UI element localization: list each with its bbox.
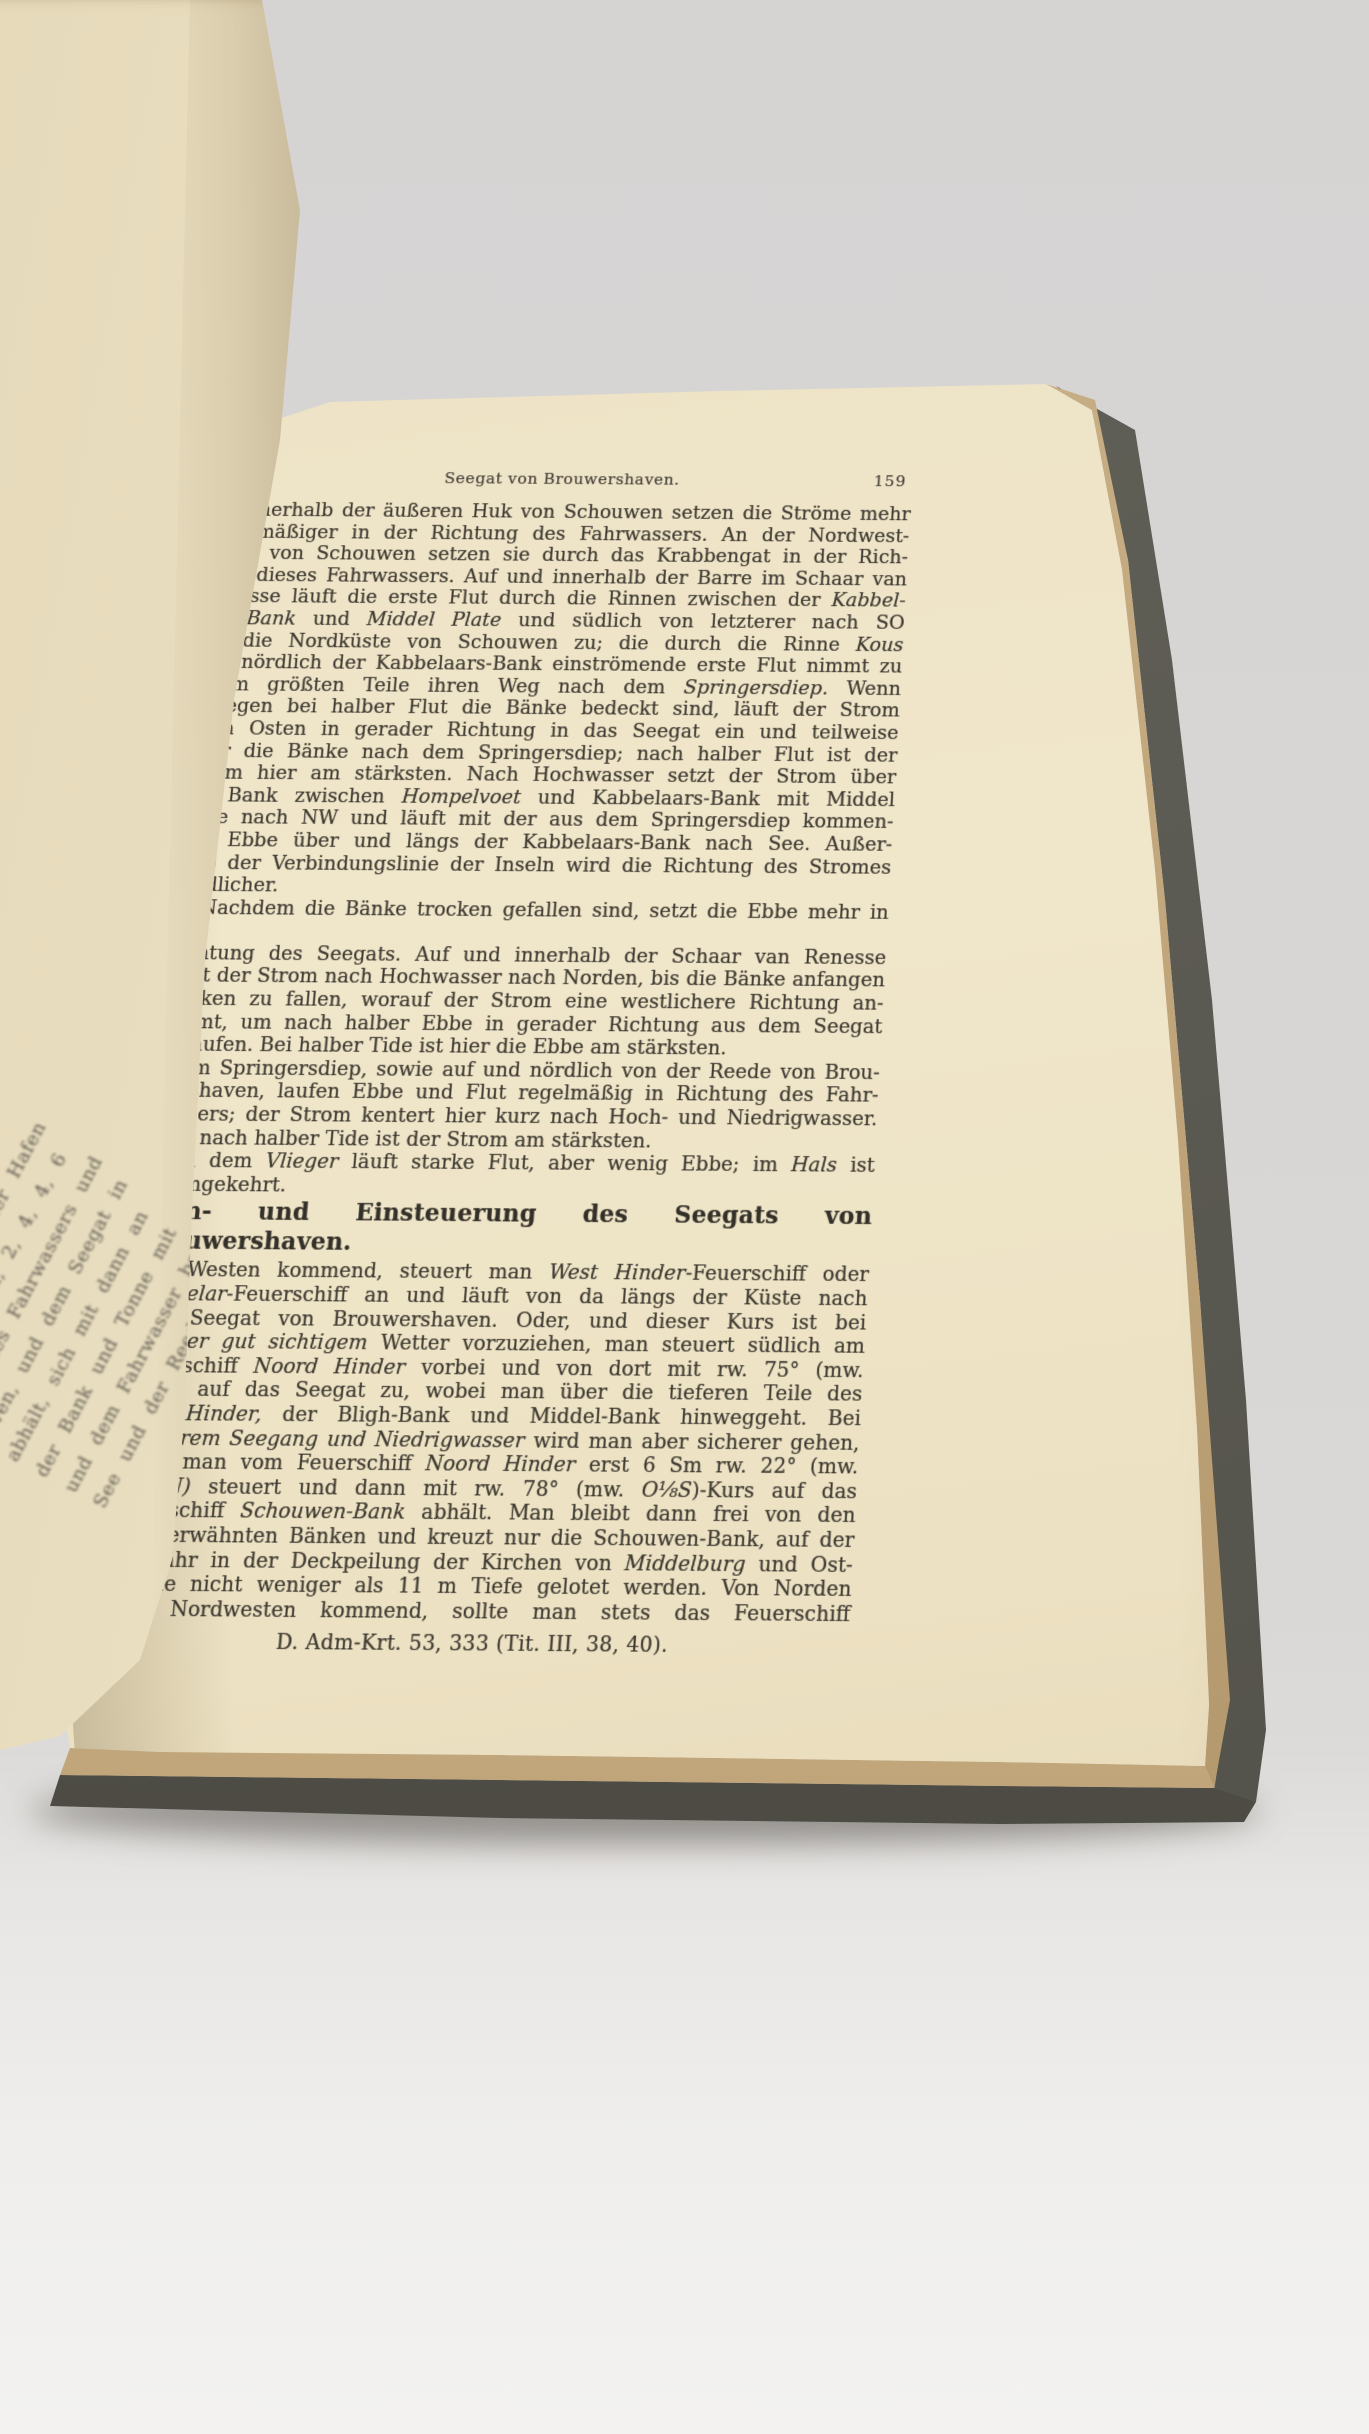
text-line: Nachdem die Bänke trocken gefallen sind,… [166,897,890,948]
header-title: Seegat von Brouwershaven. [444,469,681,489]
running-header: Seegat von Brouwershaven. 159 [211,468,913,493]
page-number: 159 [873,472,907,490]
book-photo: Seegat von Brouwershaven. 159 Innerhalb … [0,0,1369,2434]
text-line: oder Nordwesten kommend, sollte man stet… [98,1597,851,1627]
section-heading: An- und Einsteuerung des Seegats von Bro… [134,1196,873,1264]
